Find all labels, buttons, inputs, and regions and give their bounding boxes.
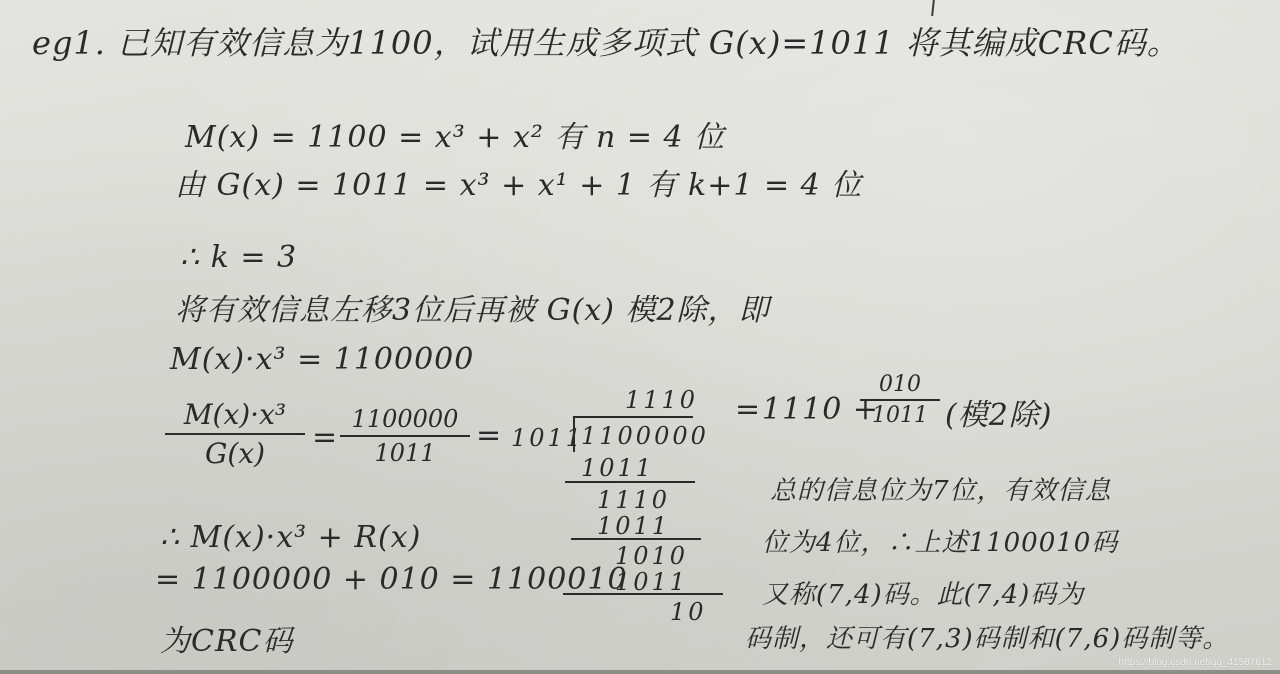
dividend: 1100000 bbox=[581, 422, 709, 450]
lhs-fraction: M(x)·x³ G(x) bbox=[165, 398, 305, 470]
remainder-fraction: 010 1011 bbox=[860, 372, 940, 428]
equals-sign: = bbox=[735, 392, 761, 427]
mid-fraction: 1100000 1011 bbox=[340, 405, 470, 467]
photo-edge bbox=[0, 670, 1280, 674]
note-right-line-4: 码制，还可有(7,3)码制和(7,6)码制等。 bbox=[745, 618, 1229, 655]
fraction-bar bbox=[860, 399, 940, 401]
equals-sign: = bbox=[312, 420, 338, 455]
conclusion-line-2: = 1100000 + 010 = 1100010 bbox=[155, 562, 628, 597]
remainder-numerator: 010 bbox=[860, 372, 940, 397]
watermark: https://blog.csdn.net/qq_41587612 bbox=[1119, 657, 1272, 668]
note-right-line-1: 总的信息位为7位，有效信息 bbox=[770, 470, 1112, 507]
generator-polynomial-line: 由 G(x) = 1011 = x³ + x¹ + 1 有 k+1 = 4 位 bbox=[175, 160, 862, 204]
conclusion-line-3: 为CRC码 bbox=[160, 616, 294, 660]
step-remainder-1: 1110 bbox=[597, 486, 670, 514]
shifted-message-line: M(x)·x³ = 1100000 bbox=[170, 342, 474, 377]
mod2-note: (模2除) bbox=[945, 390, 1053, 434]
conclusion-line-1: ∴ M(x)·x³ + R(x) bbox=[160, 520, 421, 555]
note-right-line-3: 又称(7,4)码。此(7,4)码为 bbox=[762, 574, 1084, 611]
fraction-bar bbox=[340, 435, 470, 437]
mid-denominator: 1011 bbox=[340, 439, 470, 467]
lhs-denominator: G(x) bbox=[165, 437, 305, 470]
step-subtrahend-2: 1011 bbox=[597, 512, 670, 540]
fraction-bar bbox=[165, 433, 305, 435]
remainder-denominator: 1011 bbox=[860, 403, 940, 428]
lhs-numerator: M(x)·x³ bbox=[165, 398, 305, 431]
equals-sign: = bbox=[476, 418, 502, 453]
step-rule bbox=[571, 538, 701, 540]
message-polynomial-line: M(x) = 1100 = x³ + x² 有 n = 4 位 bbox=[185, 112, 725, 156]
note-right-line-2: 位为4位，∴上述1100010码 bbox=[762, 522, 1118, 559]
mid-numerator: 1100000 bbox=[340, 405, 470, 433]
step-subtrahend-1: 1011 bbox=[581, 454, 654, 482]
quotient: 1110 bbox=[625, 386, 698, 414]
k-value-line: ∴ k = 3 bbox=[180, 240, 297, 275]
final-remainder: 10 bbox=[670, 598, 707, 626]
check-mark bbox=[931, 0, 935, 16]
step-rule bbox=[565, 481, 695, 483]
problem-statement: eg1. 已知有效信息为1100，试用生成多项式 G(x)=1011 将其编成C… bbox=[32, 18, 1180, 64]
shift-instruction-line: 将有效信息左移3位后再被 G(x) 模2除，即 bbox=[175, 285, 770, 329]
